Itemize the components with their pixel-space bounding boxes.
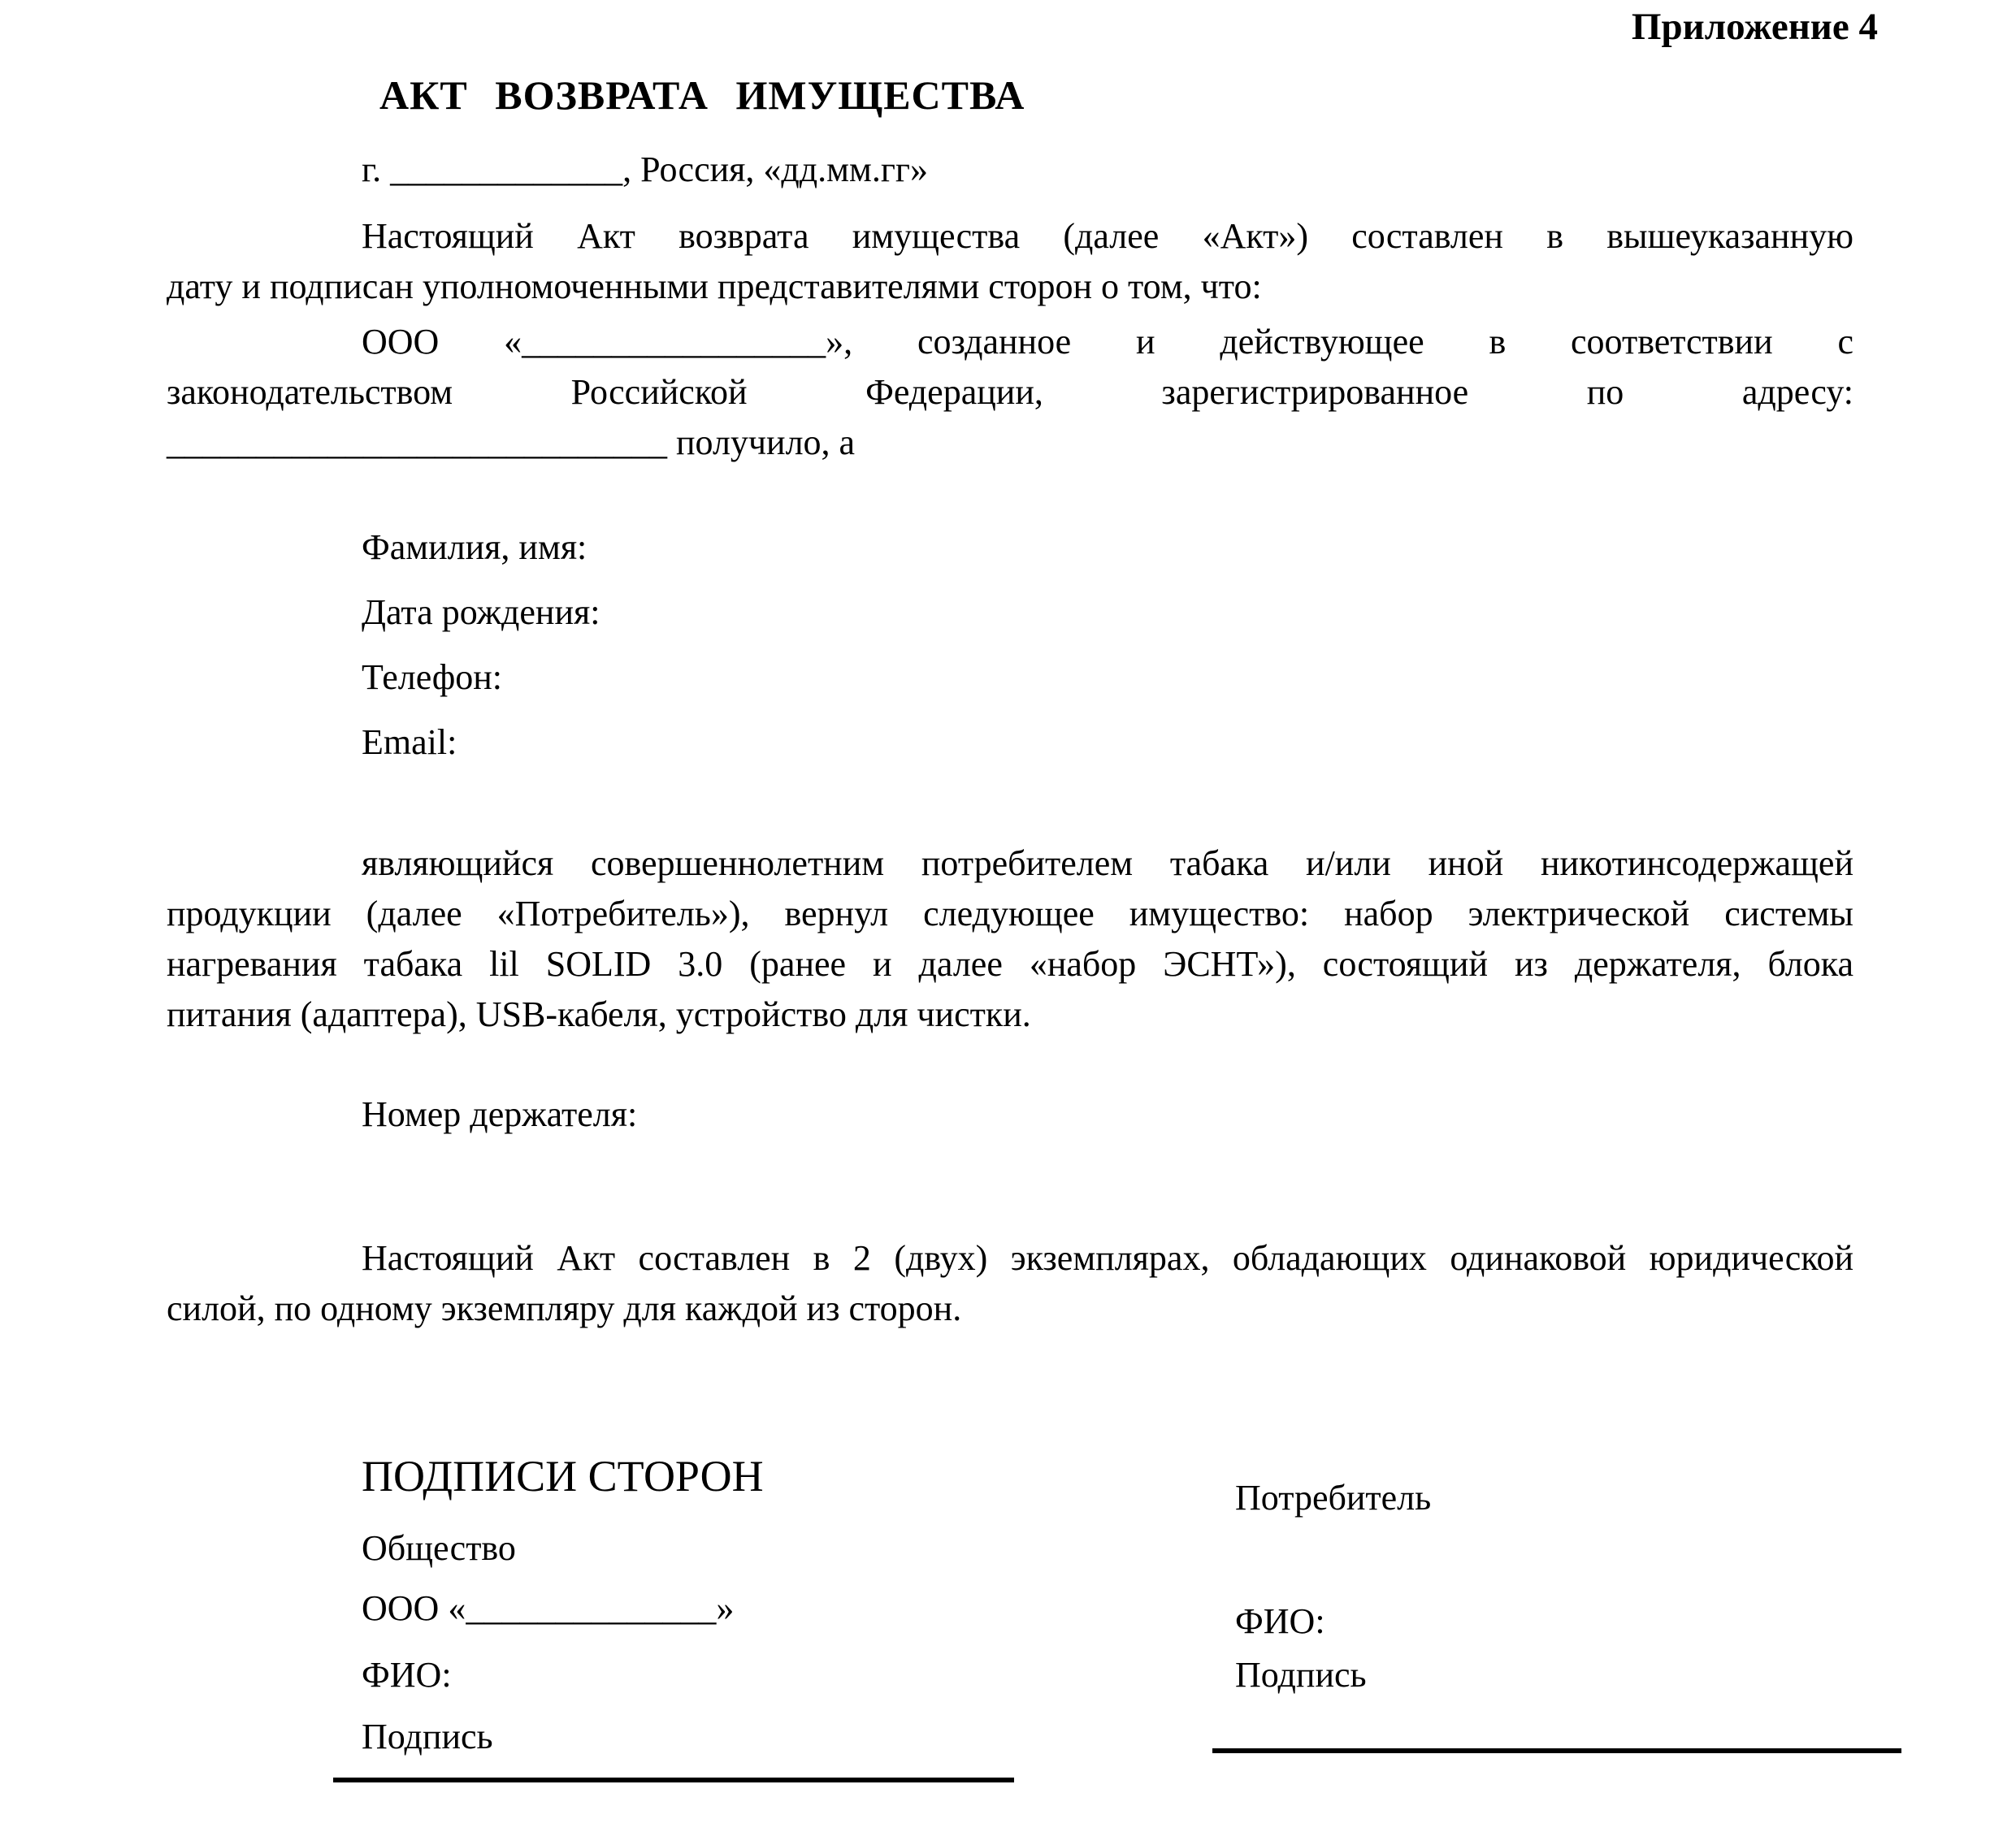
paragraph-line: законодательством Российской Федерации, … <box>167 367 1853 418</box>
company-name-blank: ООО «______________» <box>362 1587 734 1629</box>
paragraph-copies: Настоящий Акт составлен в 2 (двух) экзем… <box>167 1233 1853 1334</box>
paragraph-line: питания (адаптера), USB-кабеля, устройст… <box>167 990 1853 1040</box>
company-fio-label: ФИО: <box>362 1654 452 1696</box>
appendix-label: Приложение 4 <box>1632 5 1878 49</box>
field-label-email: Email: <box>167 721 1853 764</box>
company-party-label: Общество <box>362 1527 516 1569</box>
paragraph-company: ООО «_________________», созданное и дей… <box>167 317 1853 468</box>
consumer-signature-line <box>1212 1748 1901 1753</box>
paragraph-line: являющийся совершеннолетним потребителем… <box>167 838 1853 889</box>
field-label-name: Фамилия, имя: <box>167 526 1853 569</box>
signatures-heading: ПОДПИСИ СТОРОН <box>362 1451 764 1501</box>
company-signature-line <box>333 1778 1014 1782</box>
paragraph-intro: Настоящий Акт возврата имущества (далее … <box>167 211 1853 312</box>
paragraph-consumer: являющийся совершеннолетним потребителем… <box>167 838 1853 1040</box>
field-label-holder-number: Номер держателя: <box>167 1094 1853 1136</box>
field-label-birthdate: Дата рождения: <box>167 591 1853 634</box>
paragraph-line: силой, по одному экземпляру для каждой и… <box>167 1284 1853 1334</box>
paragraph-line: Настоящий Акт составлен в 2 (двух) экзем… <box>167 1233 1853 1284</box>
consumer-fio-label: ФИО: <box>1235 1600 1325 1642</box>
paragraph-line: ООО «_________________», созданное и дей… <box>167 317 1853 367</box>
paragraph-line: продукции (далее «Потребитель»), вернул … <box>167 889 1853 939</box>
consumer-party-label: Потребитель <box>1235 1477 1431 1518</box>
paragraph-line: нагревания табака lil SOLID 3.0 (ранее и… <box>167 939 1853 990</box>
field-label-phone: Телефон: <box>167 656 1853 699</box>
consumer-signature-label: Подпись <box>1235 1654 1367 1696</box>
company-signature-label: Подпись <box>362 1716 493 1757</box>
paragraph-line: дату и подписан уполномоченными представ… <box>167 262 1853 312</box>
paragraph-line: ____________________________ получило, а <box>167 418 1853 468</box>
paragraph-line: Настоящий Акт возврата имущества (далее … <box>167 211 1853 262</box>
document-page: Приложение 4 АКТ ВОЗВРАТА ИМУЩЕСТВА г. _… <box>0 0 2016 1832</box>
document-title: АКТ ВОЗВРАТА ИМУЩЕСТВА <box>167 71 1853 119</box>
city-date-line: г. _____________, Россия, «дд.мм.гг» <box>167 149 1853 190</box>
